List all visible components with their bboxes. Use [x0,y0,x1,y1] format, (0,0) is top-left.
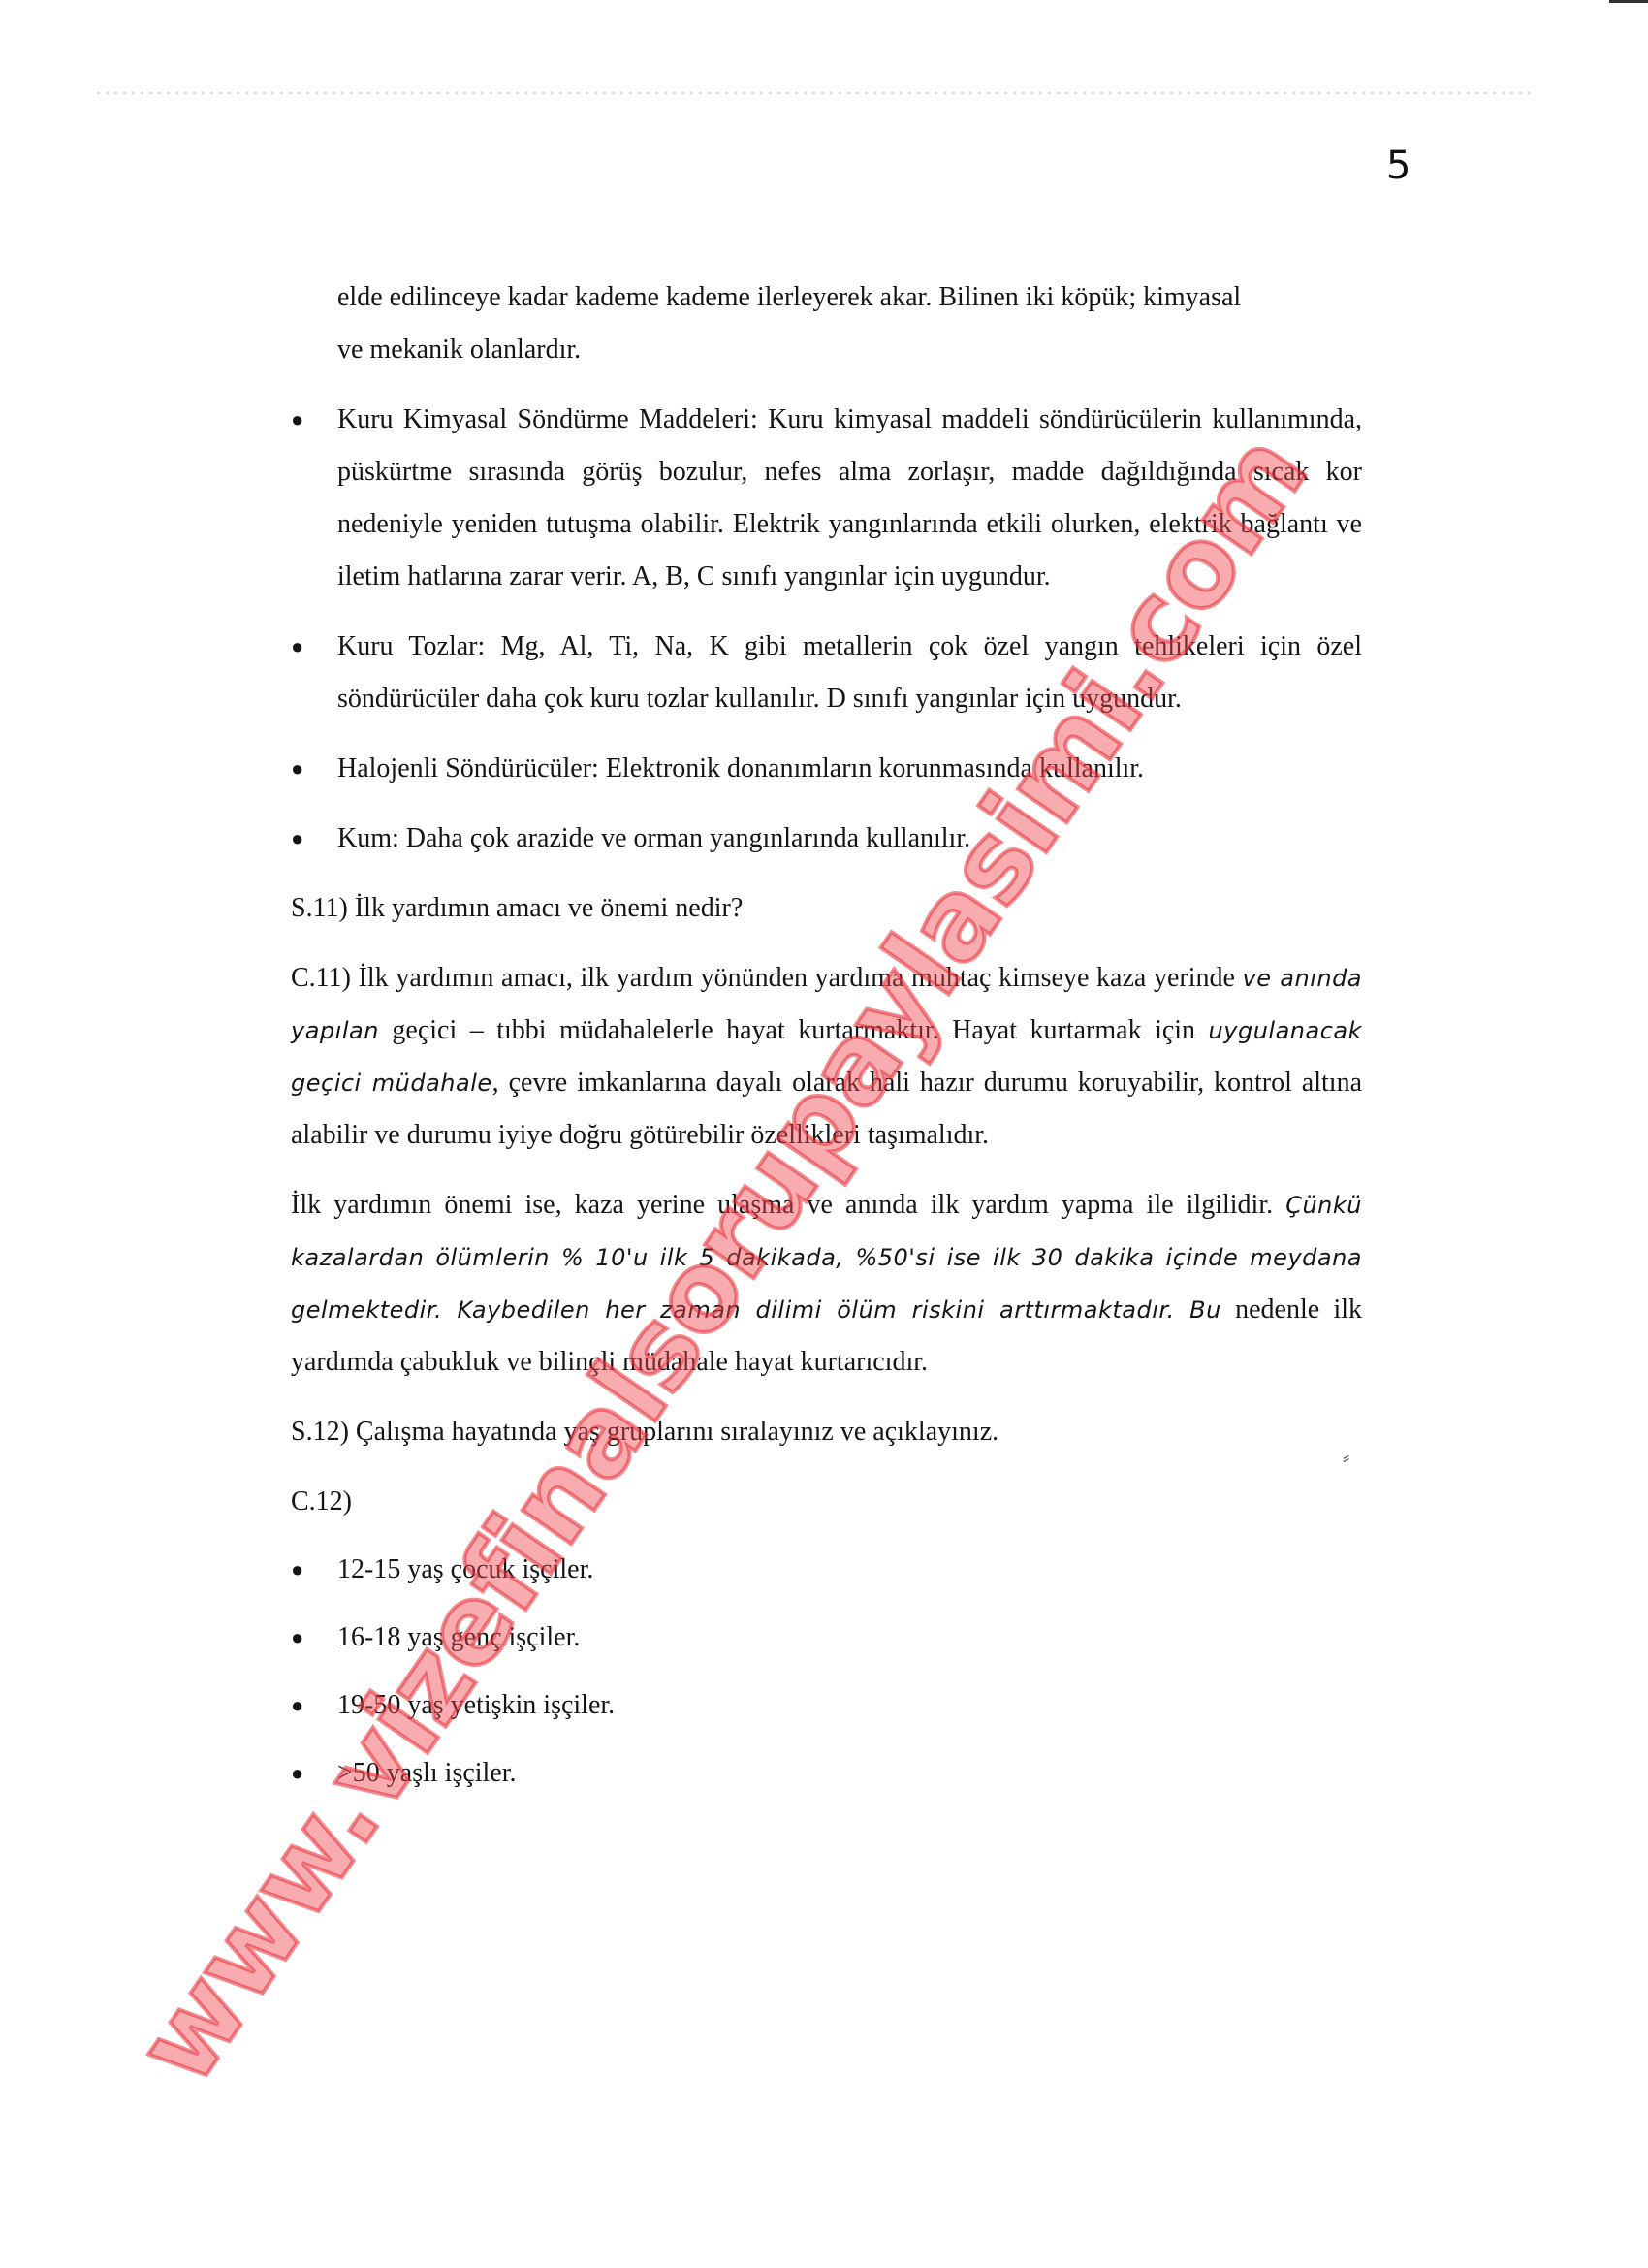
extinguisher-list: ● Kuru Kimyasal Söndürme Maddeleri: Kuru… [291,394,1362,865]
answer-11-paragraph-1: C.11) İlk yardımın amacı, ilk yardım yön… [291,952,1362,1162]
intro-line-1: elde edilinceye kadar kademe kademe iler… [337,282,1241,312]
list-item-age-group: ● 19-50 yaş yetişkin işçiler. [291,1679,1362,1732]
item-text: Daha çok arazide ve orman yangınlarında … [406,823,970,853]
bullet-icon: ● [291,621,310,673]
intro-line-2: ve mekanik olanlardır. [337,335,581,365]
list-item-age-group: ● 16-18 yaş genç işçiler. [291,1612,1362,1664]
age-group-text: 12-15 yaş çocuk işçiler. [337,1554,593,1584]
item-label: Kuru Kimyasal Söndürme Maddeleri: [337,404,758,434]
list-item-halogen: ● Halojenli Söndürücüler: Elektronik don… [291,743,1362,795]
document-body: elde edilinceye kadar kademe kademe iler… [291,272,1362,1800]
list-item-sand: ● Kum: Daha çok arazide ve orman yangınl… [291,813,1362,865]
bullet-icon: ● [291,394,310,446]
bullet-icon: ● [291,813,310,865]
bullet-icon: ● [291,1544,310,1596]
page-number: 5 [1386,144,1410,188]
answer-11-start: C.11) İlk yardımın amacı, ilk yardım yön… [291,963,1235,993]
bullet-icon: ● [291,1747,310,1800]
item-label: Halojenli Söndürücüler: [337,753,599,783]
intro-paragraph: elde edilinceye kadar kademe kademe iler… [291,272,1362,376]
bullet-icon: ● [291,1679,310,1732]
item-label: Kum: [337,823,399,853]
item-label: Kuru Tozlar: [337,631,485,661]
age-group-text: 16-18 yaş genç işçiler. [337,1622,580,1652]
age-group-text: 19-50 yaş yetişkin işçiler. [337,1690,615,1720]
age-group-text: >50 yaşlı işçiler. [337,1758,517,1788]
answer-12-label: C.12) [291,1476,1362,1528]
scan-edge [1609,0,1648,3]
age-group-list: ● 12-15 yaş çocuk işçiler. ● 16-18 yaş g… [291,1544,1362,1800]
bullet-icon: ● [291,1612,310,1664]
answer-11-mid: geçici – tıbbi müdahalelerle hayat kurta… [379,1015,1209,1045]
scan-speck: ⸗ [1343,1445,1349,1470]
list-item-age-group: ● >50 yaşlı işçiler. [291,1747,1362,1800]
answer-11-paragraph-2: İlk yardımın önemi ise, kaza yerine ulaş… [291,1179,1362,1389]
question-11: S.11) İlk yardımın amacı ve önemi nedir? [291,882,1362,935]
list-item-dry-chemical: ● Kuru Kimyasal Söndürme Maddeleri: Kuru… [291,394,1362,603]
answer-11-p2-start: İlk yardımın önemi ise, kaza yerine ulaş… [291,1190,1285,1220]
item-text: Elektronik donanımların korunmasında kul… [606,753,1144,783]
bullet-icon: ● [291,743,310,795]
scan-artifact-line [97,92,1532,94]
item-text: Mg, Al, Ti, Na, K gibi metallerin çok öz… [337,631,1362,714]
question-12: S.12) Çalışma hayatında yaş gruplarını s… [291,1406,1362,1458]
list-item-age-group: ● 12-15 yaş çocuk işçiler. [291,1544,1362,1596]
list-item-dry-powder: ● Kuru Tozlar: Mg, Al, Ti, Na, K gibi me… [291,621,1362,725]
